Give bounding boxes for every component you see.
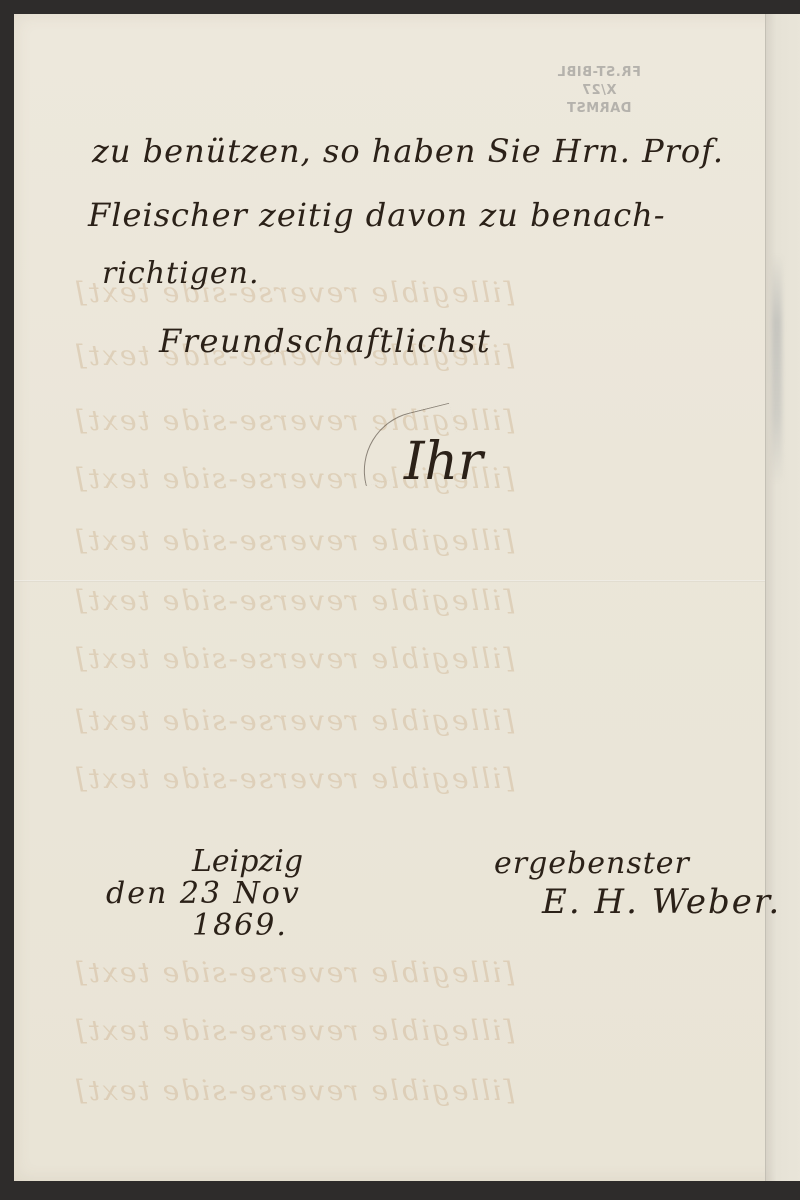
bleed-through-line: [illegible reverse-side text] bbox=[74, 1014, 514, 1047]
body-line: richtigen. bbox=[102, 256, 260, 291]
dateline-place: Leipzig bbox=[192, 844, 303, 879]
signature: E. H. Weber. bbox=[542, 882, 781, 922]
dateline-year: 1869. bbox=[192, 908, 288, 943]
closing-phrase: Freundschaftlichst bbox=[159, 322, 491, 360]
library-stamp-mirrored: FR.ST-BIBL X/27 DARMST bbox=[544, 64, 654, 118]
bleed-through-line: [illegible reverse-side text] bbox=[74, 762, 514, 795]
right-page-fold bbox=[765, 14, 800, 1181]
letter-page: FR.ST-BIBL X/27 DARMST [illegible revers… bbox=[14, 14, 800, 1181]
fold-smudge bbox=[772, 254, 782, 484]
body-line: zu benützen, so haben Sie Hrn. Prof. bbox=[92, 132, 724, 170]
bleed-through-line: [illegible reverse-side text] bbox=[74, 704, 514, 737]
bleed-through-line: [illegible reverse-side text] bbox=[74, 956, 514, 989]
stamp-line: FR.ST-BIBL bbox=[544, 64, 654, 82]
horizontal-fold-line bbox=[14, 580, 765, 582]
bleed-through-line: [illegible reverse-side text] bbox=[74, 1074, 514, 1107]
closing-pronoun: Ihr bbox=[404, 432, 483, 492]
stamp-line: X/27 bbox=[544, 82, 654, 100]
bleed-through-line: [illegible reverse-side text] bbox=[74, 642, 514, 675]
stamp-line: DARMST bbox=[544, 100, 654, 118]
valediction: ergebenster bbox=[494, 846, 690, 881]
body-line: Fleischer zeitig davon zu benach- bbox=[88, 196, 666, 234]
bleed-through-line: [illegible reverse-side text] bbox=[74, 584, 514, 617]
bleed-through-line: [illegible reverse-side text] bbox=[74, 524, 514, 557]
dateline-date: den 23 Nov bbox=[106, 876, 301, 911]
